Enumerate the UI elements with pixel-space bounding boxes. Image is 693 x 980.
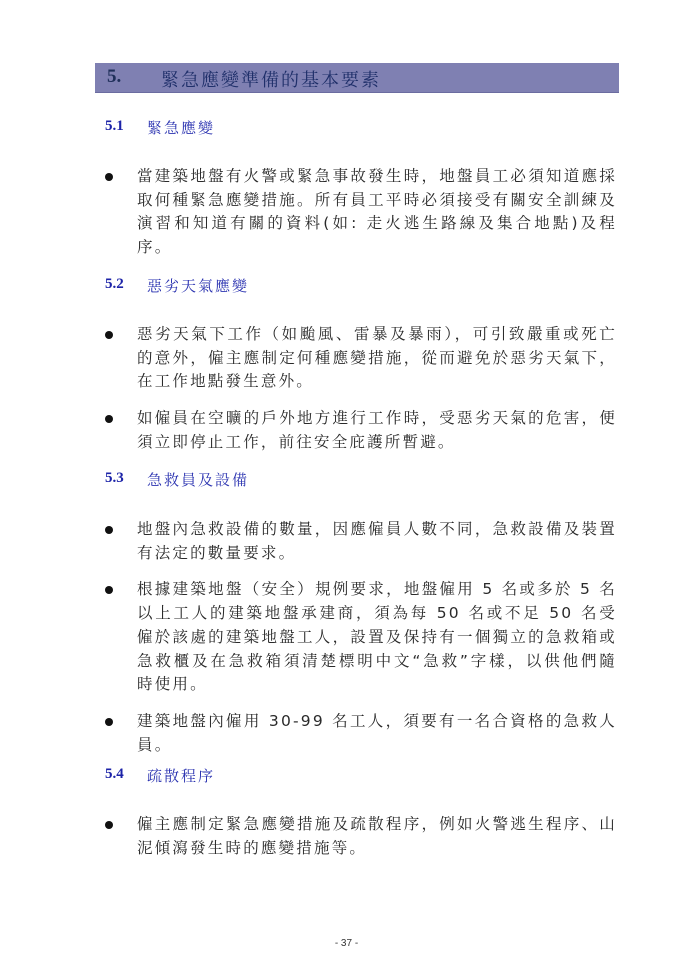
bullet-icon	[105, 173, 113, 181]
bullet-icon	[105, 718, 113, 726]
bullet-text: 惡劣天氣下工作（如颱風、雷暴及暴雨），可引致嚴重或死亡的意外，僱主應制定何種應變…	[137, 323, 617, 394]
section-title: 疏散程序	[147, 765, 215, 786]
bullet-text: 僱主應制定緊急應變措施及疏散程序，例如火警逃生程序、山泥傾瀉發生時的應變措施等。	[137, 813, 617, 860]
section-5-2: 5.2 惡劣天氣應變 惡劣天氣下工作（如颱風、雷暴及暴雨），可引致嚴重或死亡的意…	[105, 276, 619, 455]
bullet-text: 當建築地盤有火警或緊急事故發生時，地盤員工必須知道應採取何種緊急應變措施。所有員…	[137, 165, 617, 260]
list-item: 建築地盤內僱用 30-99 名工人，須要有一名合資格的急救人員。	[105, 710, 619, 757]
chapter-title: 緊急應變準備的基本要素	[161, 66, 381, 92]
list-item: 如僱員在空曠的戶外地方進行工作時，受惡劣天氣的危害，便須立即停止工作，前往安全庇…	[105, 407, 619, 454]
bullet-text: 地盤內急救設備的數量，因應僱員人數不同，急救設備及裝置有法定的數量要求。	[137, 518, 617, 565]
section-heading: 5.1 緊急應變	[105, 118, 619, 140]
list-item: 地盤內急救設備的數量，因應僱員人數不同，急救設備及裝置有法定的數量要求。	[105, 518, 619, 565]
page-number: - 37 -	[0, 938, 693, 949]
section-5-3: 5.3 急救員及設備 地盤內急救設備的數量，因應僱員人數不同，急救設備及裝置有法…	[105, 470, 619, 757]
bullet-text: 根據建築地盤（安全）規例要求，地盤僱用 5 名或多於 5 名以上工人的建築地盤承…	[137, 578, 617, 697]
section-title: 惡劣天氣應變	[147, 275, 249, 296]
bullet-icon	[105, 821, 113, 829]
bullet-icon	[105, 331, 113, 339]
section-heading: 5.2 惡劣天氣應變	[105, 276, 619, 298]
list-item: 僱主應制定緊急應變措施及疏散程序，例如火警逃生程序、山泥傾瀉發生時的應變措施等。	[105, 813, 619, 860]
section-number: 5.3	[105, 470, 124, 487]
bullet-icon	[105, 415, 113, 423]
section-title: 急救員及設備	[147, 469, 249, 490]
section-heading: 5.3 急救員及設備	[105, 470, 619, 492]
section-5-1: 5.1 緊急應變 當建築地盤有火警或緊急事故發生時，地盤員工必須知道應採取何種緊…	[105, 118, 619, 260]
bullet-icon	[105, 526, 113, 534]
list-item: 根據建築地盤（安全）規例要求，地盤僱用 5 名或多於 5 名以上工人的建築地盤承…	[105, 578, 619, 697]
section-heading: 5.4 疏散程序	[105, 766, 619, 788]
bullet-icon	[105, 586, 113, 594]
chapter-number: 5.	[107, 66, 121, 88]
list-item: 當建築地盤有火警或緊急事故發生時，地盤員工必須知道應採取何種緊急應變措施。所有員…	[105, 165, 619, 260]
chapter-heading-bar: 5. 緊急應變準備的基本要素	[95, 63, 619, 92]
section-number: 5.4	[105, 766, 124, 783]
section-number: 5.2	[105, 276, 124, 293]
bullet-text: 建築地盤內僱用 30-99 名工人，須要有一名合資格的急救人員。	[137, 710, 617, 757]
section-5-4: 5.4 疏散程序 僱主應制定緊急應變措施及疏散程序，例如火警逃生程序、山泥傾瀉發…	[105, 766, 619, 860]
section-title: 緊急應變	[147, 117, 215, 138]
list-item: 惡劣天氣下工作（如颱風、雷暴及暴雨），可引致嚴重或死亡的意外，僱主應制定何種應變…	[105, 323, 619, 394]
bullet-text: 如僱員在空曠的戶外地方進行工作時，受惡劣天氣的危害，便須立即停止工作，前往安全庇…	[137, 407, 617, 454]
section-number: 5.1	[105, 118, 124, 135]
